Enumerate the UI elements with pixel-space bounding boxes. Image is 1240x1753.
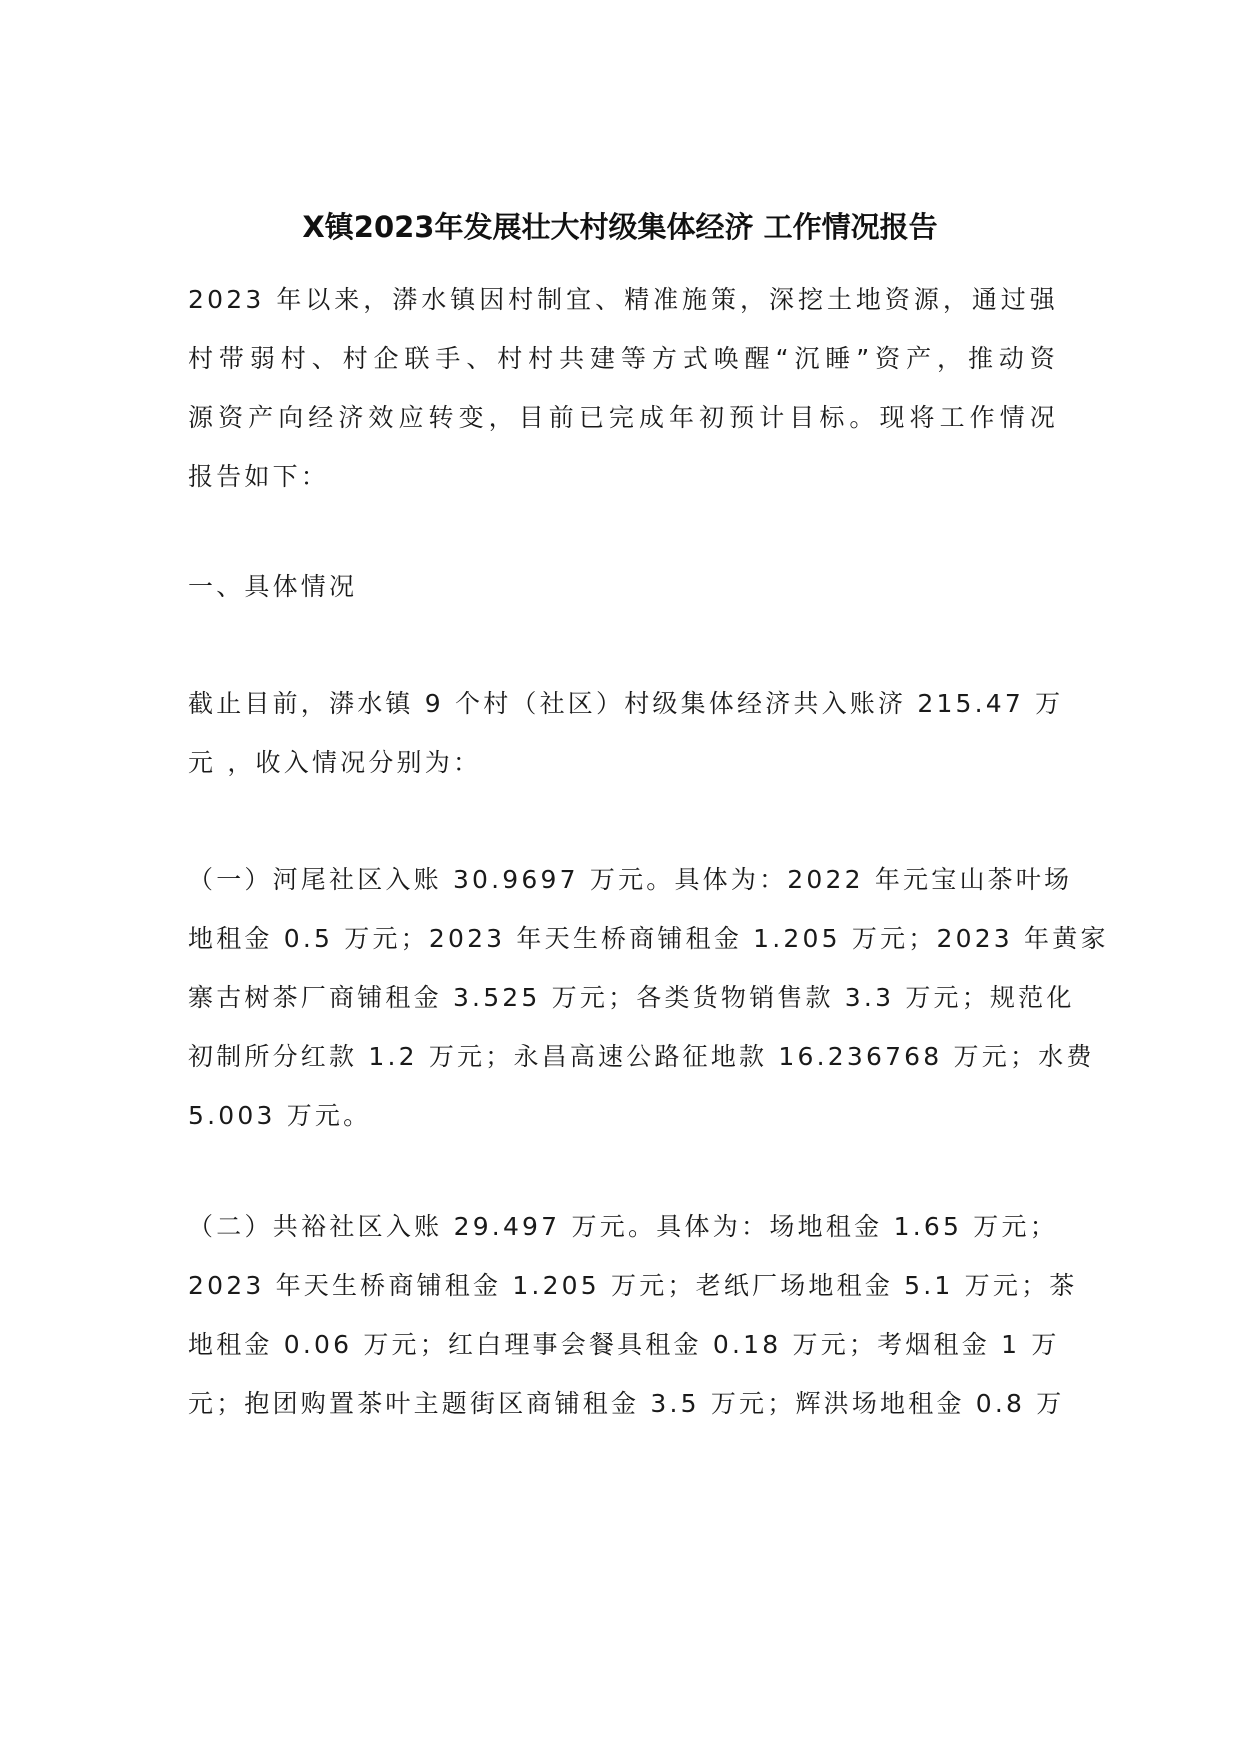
item-2-line: （二）共裕社区入账 29.497 万元。具体为：场地租金 1.65 万元；	[188, 1197, 1058, 1256]
item-2-paragraph: （二）共裕社区入账 29.497 万元。具体为：场地租金 1.65 万元； 20…	[188, 1197, 1058, 1433]
item-1-line: 寨古树茶厂商铺租金 3.525 万元；各类货物销售款 3.3 万元；规范化	[188, 968, 1058, 1027]
item-2-line: 地租金 0.06 万元；红白理事会餐具租金 0.18 万元；考烟租金 1 万	[188, 1315, 1058, 1374]
item-1-line: 5.003 万元。	[188, 1086, 1058, 1145]
intro-line: 源资产向经济效应转变，目前已完成年初预计目标。现将工作情况	[188, 388, 1058, 447]
intro-line: 2023 年以来，漭水镇因村制宜、精准施策，深挖土地资源，通过强	[188, 270, 1058, 329]
section-1-heading: 一、具体情况	[188, 557, 1058, 616]
item-2-line: 2023 年天生桥商铺租金 1.205 万元；老纸厂场地租金 5.1 万元；茶	[188, 1256, 1058, 1315]
summary-line: 截止目前，漭水镇 9 个村（社区）村级集体经济共入账济 215.47 万	[188, 674, 1058, 733]
item-1-line: （一）河尾社区入账 30.9697 万元。具体为：2022 年元宝山茶叶场	[188, 850, 1058, 909]
section-heading: 一、具体情况	[188, 557, 1058, 616]
document-title: X镇2023年发展壮大村级集体经济 工作情况报告	[0, 205, 1240, 246]
item-1-paragraph: （一）河尾社区入账 30.9697 万元。具体为：2022 年元宝山茶叶场 地租…	[188, 850, 1058, 1145]
item-1-line: 地租金 0.5 万元；2023 年天生桥商铺租金 1.205 万元；2023 年…	[188, 909, 1058, 968]
document-page: X镇2023年发展壮大村级集体经济 工作情况报告 2023 年以来，漭水镇因村制…	[0, 0, 1240, 1753]
summary-paragraph: 截止目前，漭水镇 9 个村（社区）村级集体经济共入账济 215.47 万 元 ，…	[188, 674, 1058, 792]
item-1-line: 初制所分红款 1.2 万元；永昌高速公路征地款 16.236768 万元；水费	[188, 1027, 1058, 1086]
intro-paragraph: 2023 年以来，漭水镇因村制宜、精准施策，深挖土地资源，通过强 村带弱村、村企…	[188, 270, 1058, 506]
intro-line: 村带弱村、村企联手、村村共建等方式唤醒“沉睡”资产，推动资	[188, 329, 1058, 388]
item-2-line: 元；抱团购置茶叶主题街区商铺租金 3.5 万元；辉洪场地租金 0.8 万	[188, 1374, 1058, 1433]
intro-line: 报告如下：	[188, 447, 1058, 506]
summary-line: 元 ，收入情况分别为：	[188, 733, 1058, 792]
